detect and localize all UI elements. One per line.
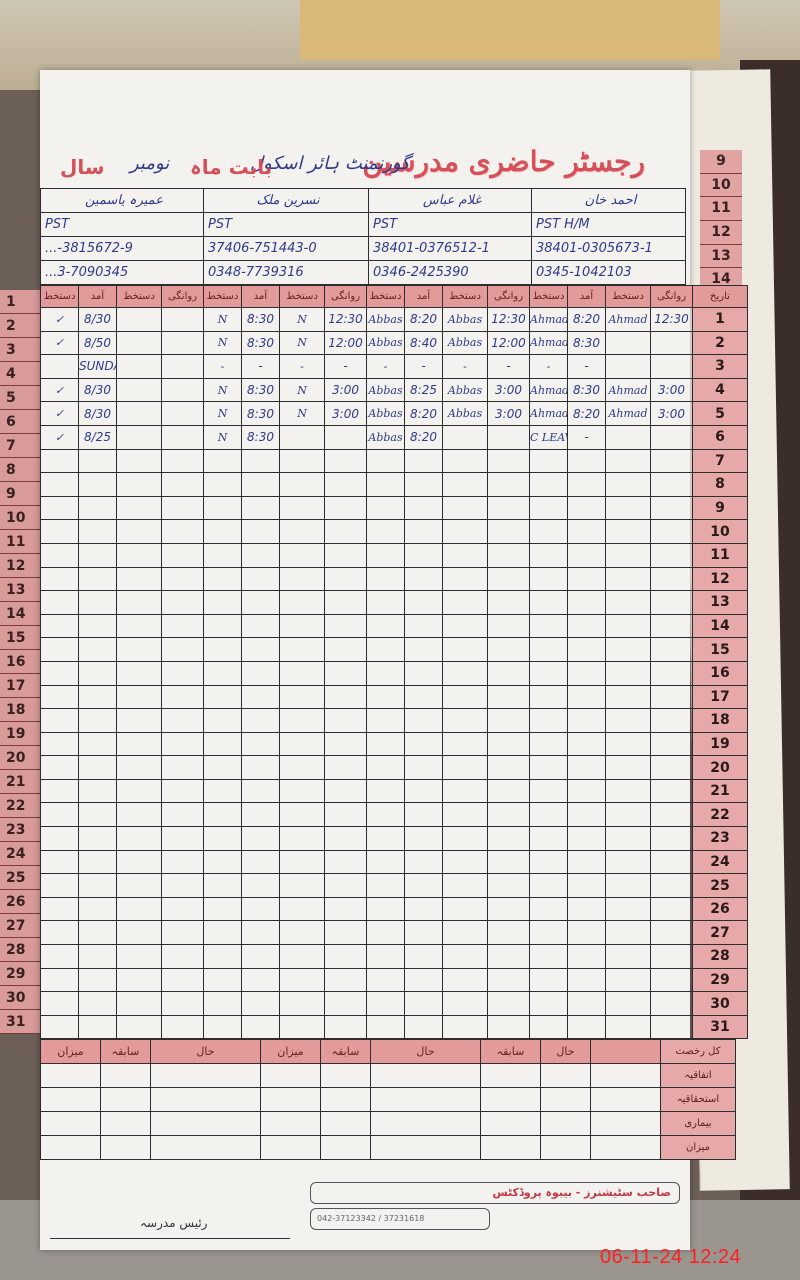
summary-cell[interactable]	[541, 1136, 591, 1160]
signature-cell[interactable]: N	[204, 378, 242, 402]
signature-cell[interactable]	[367, 591, 405, 615]
signature-cell[interactable]	[530, 449, 568, 473]
departure-time-cell[interactable]	[651, 945, 693, 969]
signature-cell[interactable]	[367, 520, 405, 544]
signature-cell[interactable]	[367, 968, 405, 992]
arrival-time-cell[interactable]	[79, 945, 117, 969]
departure-time-cell[interactable]	[162, 591, 204, 615]
signature-cell[interactable]: Ahmad	[530, 331, 568, 355]
signature-cell[interactable]	[41, 968, 79, 992]
signature-cell[interactable]	[117, 638, 162, 662]
arrival-time-cell[interactable]	[242, 591, 280, 615]
summary-cell[interactable]	[321, 1136, 371, 1160]
departure-time-cell[interactable]	[162, 543, 204, 567]
arrival-time-cell[interactable]: 8:40	[405, 331, 443, 355]
summary-cell[interactable]	[371, 1112, 481, 1136]
signature-cell[interactable]	[530, 591, 568, 615]
arrival-time-cell[interactable]	[79, 591, 117, 615]
arrival-time-cell[interactable]	[568, 756, 606, 780]
signature-cell[interactable]: ✓	[41, 425, 79, 449]
signature-cell[interactable]	[280, 543, 325, 567]
signature-cell[interactable]	[367, 897, 405, 921]
signature-cell[interactable]: Ahmad	[530, 402, 568, 426]
arrival-time-cell[interactable]	[242, 449, 280, 473]
signature-cell[interactable]: Abbas	[443, 402, 488, 426]
summary-cell[interactable]	[481, 1136, 541, 1160]
signature-cell[interactable]: C LEAVE	[530, 425, 568, 449]
signature-cell[interactable]	[606, 661, 651, 685]
signature-cell[interactable]	[443, 874, 488, 898]
signature-cell[interactable]	[204, 732, 242, 756]
departure-time-cell[interactable]	[651, 473, 693, 497]
departure-time-cell[interactable]	[162, 709, 204, 733]
signature-cell[interactable]	[606, 1015, 651, 1039]
arrival-time-cell[interactable]	[242, 496, 280, 520]
signature-cell[interactable]	[117, 308, 162, 332]
arrival-time-cell[interactable]	[79, 779, 117, 803]
signature-cell[interactable]	[606, 945, 651, 969]
departure-time-cell[interactable]	[325, 591, 367, 615]
signature-cell[interactable]	[443, 779, 488, 803]
signature-cell[interactable]	[367, 756, 405, 780]
departure-time-cell[interactable]	[325, 685, 367, 709]
departure-time-cell[interactable]	[325, 897, 367, 921]
departure-time-cell[interactable]	[488, 756, 530, 780]
summary-cell[interactable]	[151, 1112, 261, 1136]
summary-cell[interactable]	[151, 1136, 261, 1160]
signature-cell[interactable]	[204, 945, 242, 969]
departure-time-cell[interactable]	[162, 732, 204, 756]
arrival-time-cell[interactable]	[79, 850, 117, 874]
signature-cell[interactable]: Ahmad	[530, 378, 568, 402]
arrival-time-cell[interactable]	[568, 803, 606, 827]
arrival-time-cell[interactable]	[405, 756, 443, 780]
summary-cell[interactable]	[591, 1136, 661, 1160]
arrival-time-cell[interactable]	[568, 685, 606, 709]
signature-cell[interactable]	[280, 756, 325, 780]
signature-cell[interactable]: N	[204, 331, 242, 355]
departure-time-cell[interactable]: 3:00	[325, 378, 367, 402]
arrival-time-cell[interactable]	[242, 945, 280, 969]
arrival-time-cell[interactable]	[568, 779, 606, 803]
signature-cell[interactable]	[41, 850, 79, 874]
signature-cell[interactable]: Abbas	[443, 308, 488, 332]
departure-time-cell[interactable]	[325, 614, 367, 638]
signature-cell[interactable]	[280, 449, 325, 473]
signature-cell[interactable]	[367, 945, 405, 969]
summary-cell[interactable]	[591, 1112, 661, 1136]
signature-cell[interactable]	[530, 732, 568, 756]
signature-cell[interactable]	[606, 543, 651, 567]
signature-cell[interactable]	[117, 520, 162, 544]
signature-cell[interactable]	[280, 685, 325, 709]
signature-cell[interactable]	[606, 425, 651, 449]
signature-cell[interactable]	[41, 638, 79, 662]
summary-cell[interactable]	[151, 1064, 261, 1088]
departure-time-cell[interactable]	[488, 874, 530, 898]
departure-time-cell[interactable]	[162, 968, 204, 992]
signature-cell[interactable]	[41, 732, 79, 756]
arrival-time-cell[interactable]	[79, 874, 117, 898]
departure-time-cell[interactable]: 3:00	[651, 402, 693, 426]
signature-cell[interactable]	[41, 449, 79, 473]
departure-time-cell[interactable]	[651, 827, 693, 851]
summary-cell[interactable]	[541, 1064, 591, 1088]
signature-cell[interactable]	[606, 779, 651, 803]
departure-time-cell[interactable]	[651, 850, 693, 874]
signature-cell[interactable]	[443, 827, 488, 851]
departure-time-cell[interactable]	[325, 425, 367, 449]
departure-time-cell[interactable]: 3:00	[488, 402, 530, 426]
departure-time-cell[interactable]	[162, 402, 204, 426]
signature-cell[interactable]	[443, 945, 488, 969]
arrival-time-cell[interactable]	[242, 614, 280, 638]
signature-cell[interactable]	[443, 638, 488, 662]
signature-cell[interactable]	[280, 897, 325, 921]
arrival-time-cell[interactable]	[242, 756, 280, 780]
arrival-time-cell[interactable]	[405, 496, 443, 520]
arrival-time-cell[interactable]	[242, 543, 280, 567]
signature-cell[interactable]	[606, 756, 651, 780]
departure-time-cell[interactable]	[488, 779, 530, 803]
arrival-time-cell[interactable]	[79, 803, 117, 827]
signature-cell[interactable]	[204, 709, 242, 733]
signature-cell[interactable]	[443, 1015, 488, 1039]
departure-time-cell[interactable]	[651, 709, 693, 733]
departure-time-cell[interactable]	[488, 945, 530, 969]
signature-cell[interactable]	[280, 1015, 325, 1039]
arrival-time-cell[interactable]	[79, 968, 117, 992]
signature-cell[interactable]: Ahmad	[606, 308, 651, 332]
arrival-time-cell[interactable]: 8/25	[79, 425, 117, 449]
signature-cell[interactable]	[41, 803, 79, 827]
departure-time-cell[interactable]	[488, 709, 530, 733]
arrival-time-cell[interactable]	[79, 921, 117, 945]
arrival-time-cell[interactable]	[568, 614, 606, 638]
summary-cell[interactable]	[591, 1064, 661, 1088]
summary-cell[interactable]	[481, 1088, 541, 1112]
summary-cell[interactable]	[41, 1112, 101, 1136]
summary-cell[interactable]	[261, 1112, 321, 1136]
signature-cell[interactable]	[606, 992, 651, 1016]
arrival-time-cell[interactable]	[568, 567, 606, 591]
signature-cell[interactable]	[280, 709, 325, 733]
signature-cell[interactable]	[117, 661, 162, 685]
signature-cell[interactable]	[280, 945, 325, 969]
signature-cell[interactable]	[204, 897, 242, 921]
departure-time-cell[interactable]	[162, 921, 204, 945]
departure-time-cell[interactable]	[488, 992, 530, 1016]
summary-cell[interactable]	[261, 1136, 321, 1160]
departure-time-cell[interactable]	[162, 331, 204, 355]
signature-cell[interactable]	[117, 827, 162, 851]
signature-cell[interactable]	[606, 827, 651, 851]
arrival-time-cell[interactable]	[568, 520, 606, 544]
arrival-time-cell[interactable]: 8:30	[568, 378, 606, 402]
arrival-time-cell[interactable]	[405, 685, 443, 709]
departure-time-cell[interactable]	[325, 874, 367, 898]
signature-cell[interactable]	[117, 473, 162, 497]
signature-cell[interactable]: Abbas	[443, 331, 488, 355]
summary-cell[interactable]	[321, 1088, 371, 1112]
departure-time-cell[interactable]	[325, 827, 367, 851]
signature-cell[interactable]	[606, 449, 651, 473]
signature-cell[interactable]	[204, 827, 242, 851]
departure-time-cell[interactable]	[162, 308, 204, 332]
signature-cell[interactable]	[530, 992, 568, 1016]
arrival-time-cell[interactable]: -	[405, 355, 443, 379]
signature-cell[interactable]	[280, 992, 325, 1016]
arrival-time-cell[interactable]: -	[568, 425, 606, 449]
signature-cell[interactable]	[530, 827, 568, 851]
arrival-time-cell[interactable]	[568, 968, 606, 992]
departure-time-cell[interactable]	[488, 638, 530, 662]
signature-cell[interactable]	[443, 567, 488, 591]
arrival-time-cell[interactable]	[405, 850, 443, 874]
signature-cell[interactable]	[367, 661, 405, 685]
signature-cell[interactable]	[443, 614, 488, 638]
signature-cell[interactable]: ✓	[41, 308, 79, 332]
signature-cell[interactable]	[117, 1015, 162, 1039]
departure-time-cell[interactable]	[651, 779, 693, 803]
signature-cell[interactable]	[443, 732, 488, 756]
departure-time-cell[interactable]	[162, 567, 204, 591]
signature-cell[interactable]	[367, 992, 405, 1016]
departure-time-cell[interactable]	[162, 378, 204, 402]
summary-cell[interactable]	[101, 1136, 151, 1160]
signature-cell[interactable]	[606, 638, 651, 662]
arrival-time-cell[interactable]	[242, 685, 280, 709]
arrival-time-cell[interactable]	[242, 732, 280, 756]
departure-time-cell[interactable]	[162, 945, 204, 969]
signature-cell[interactable]: ✓	[41, 378, 79, 402]
departure-time-cell[interactable]	[325, 803, 367, 827]
signature-cell[interactable]	[367, 921, 405, 945]
signature-cell[interactable]	[204, 591, 242, 615]
signature-cell[interactable]	[117, 709, 162, 733]
signature-cell[interactable]	[204, 661, 242, 685]
signature-cell[interactable]	[280, 496, 325, 520]
departure-time-cell[interactable]	[325, 496, 367, 520]
signature-cell[interactable]	[117, 732, 162, 756]
signature-cell[interactable]: ✓	[41, 402, 79, 426]
signature-cell[interactable]	[367, 709, 405, 733]
departure-time-cell[interactable]: -	[488, 355, 530, 379]
arrival-time-cell[interactable]: 8:20	[405, 402, 443, 426]
signature-cell[interactable]	[280, 591, 325, 615]
arrival-time-cell[interactable]	[79, 685, 117, 709]
departure-time-cell[interactable]	[325, 520, 367, 544]
arrival-time-cell[interactable]	[568, 1015, 606, 1039]
arrival-time-cell[interactable]	[242, 638, 280, 662]
signature-cell[interactable]	[280, 425, 325, 449]
arrival-time-cell[interactable]	[79, 992, 117, 1016]
signature-cell[interactable]	[606, 709, 651, 733]
signature-cell[interactable]	[606, 803, 651, 827]
departure-time-cell[interactable]	[162, 827, 204, 851]
summary-cell[interactable]	[541, 1088, 591, 1112]
arrival-time-cell[interactable]	[568, 945, 606, 969]
signature-cell[interactable]: Abbas	[367, 378, 405, 402]
signature-cell[interactable]	[41, 543, 79, 567]
departure-time-cell[interactable]	[162, 614, 204, 638]
signature-cell[interactable]	[41, 496, 79, 520]
departure-time-cell[interactable]	[651, 874, 693, 898]
departure-time-cell[interactable]	[162, 449, 204, 473]
departure-time-cell[interactable]	[488, 803, 530, 827]
signature-cell[interactable]	[41, 567, 79, 591]
signature-cell[interactable]	[117, 331, 162, 355]
departure-time-cell[interactable]	[651, 331, 693, 355]
signature-cell[interactable]	[367, 803, 405, 827]
arrival-time-cell[interactable]: 8:25	[405, 378, 443, 402]
departure-time-cell[interactable]	[488, 685, 530, 709]
departure-time-cell[interactable]	[651, 614, 693, 638]
signature-cell[interactable]: N	[280, 331, 325, 355]
signature-cell[interactable]	[41, 1015, 79, 1039]
signature-cell[interactable]	[280, 921, 325, 945]
departure-time-cell[interactable]	[651, 591, 693, 615]
departure-time-cell[interactable]	[488, 473, 530, 497]
departure-time-cell[interactable]	[162, 803, 204, 827]
arrival-time-cell[interactable]	[568, 638, 606, 662]
signature-cell[interactable]: -	[280, 355, 325, 379]
departure-time-cell[interactable]	[651, 897, 693, 921]
signature-cell[interactable]	[530, 1015, 568, 1039]
departure-time-cell[interactable]	[651, 496, 693, 520]
departure-time-cell[interactable]	[162, 638, 204, 662]
signature-cell[interactable]	[443, 496, 488, 520]
arrival-time-cell[interactable]	[242, 827, 280, 851]
arrival-time-cell[interactable]	[79, 732, 117, 756]
signature-cell[interactable]	[443, 449, 488, 473]
signature-cell[interactable]	[606, 897, 651, 921]
signature-cell[interactable]	[367, 496, 405, 520]
signature-cell[interactable]	[530, 661, 568, 685]
departure-time-cell[interactable]	[651, 992, 693, 1016]
arrival-time-cell[interactable]	[405, 921, 443, 945]
departure-time-cell[interactable]	[162, 779, 204, 803]
arrival-time-cell[interactable]	[568, 543, 606, 567]
departure-time-cell[interactable]	[488, 897, 530, 921]
arrival-time-cell[interactable]	[79, 496, 117, 520]
signature-cell[interactable]: -	[530, 355, 568, 379]
signature-cell[interactable]	[117, 756, 162, 780]
signature-cell[interactable]: -	[367, 355, 405, 379]
arrival-time-cell[interactable]	[242, 520, 280, 544]
departure-time-cell[interactable]	[651, 921, 693, 945]
signature-cell[interactable]	[443, 992, 488, 1016]
arrival-time-cell[interactable]	[242, 779, 280, 803]
departure-time-cell[interactable]	[162, 685, 204, 709]
signature-cell[interactable]	[204, 756, 242, 780]
signature-cell[interactable]	[367, 779, 405, 803]
arrival-time-cell[interactable]	[405, 732, 443, 756]
departure-time-cell[interactable]	[488, 591, 530, 615]
departure-time-cell[interactable]: 3:00	[488, 378, 530, 402]
signature-cell[interactable]	[530, 638, 568, 662]
signature-cell[interactable]	[443, 968, 488, 992]
departure-time-cell[interactable]: 3:00	[651, 378, 693, 402]
signature-cell[interactable]	[530, 897, 568, 921]
arrival-time-cell[interactable]: 8:30	[242, 425, 280, 449]
signature-cell[interactable]: N	[280, 378, 325, 402]
departure-time-cell[interactable]	[325, 992, 367, 1016]
signature-cell[interactable]	[367, 473, 405, 497]
signature-cell[interactable]	[530, 874, 568, 898]
signature-cell[interactable]	[117, 614, 162, 638]
departure-time-cell[interactable]	[488, 567, 530, 591]
signature-cell[interactable]	[280, 850, 325, 874]
summary-cell[interactable]	[541, 1112, 591, 1136]
signature-cell[interactable]	[41, 520, 79, 544]
departure-time-cell[interactable]	[488, 614, 530, 638]
departure-time-cell[interactable]	[488, 968, 530, 992]
arrival-time-cell[interactable]: 8/30	[79, 308, 117, 332]
signature-cell[interactable]	[280, 779, 325, 803]
departure-time-cell[interactable]	[325, 567, 367, 591]
arrival-time-cell[interactable]	[405, 709, 443, 733]
arrival-time-cell[interactable]: 8/30	[79, 378, 117, 402]
signature-cell[interactable]	[280, 874, 325, 898]
signature-cell[interactable]	[606, 614, 651, 638]
signature-cell[interactable]	[204, 496, 242, 520]
signature-cell[interactable]	[606, 968, 651, 992]
arrival-time-cell[interactable]	[568, 591, 606, 615]
signature-cell[interactable]	[117, 992, 162, 1016]
departure-time-cell[interactable]	[325, 921, 367, 945]
signature-cell[interactable]: ✓	[41, 331, 79, 355]
signature-cell[interactable]	[443, 591, 488, 615]
signature-cell[interactable]	[41, 709, 79, 733]
departure-time-cell[interactable]: 12:30	[325, 308, 367, 332]
departure-time-cell[interactable]	[651, 803, 693, 827]
signature-cell[interactable]	[606, 355, 651, 379]
signature-cell[interactable]	[530, 520, 568, 544]
arrival-time-cell[interactable]: 8/50	[79, 331, 117, 355]
departure-time-cell[interactable]	[488, 543, 530, 567]
signature-cell[interactable]: N	[204, 402, 242, 426]
signature-cell[interactable]	[443, 685, 488, 709]
arrival-time-cell[interactable]	[405, 591, 443, 615]
departure-time-cell[interactable]	[325, 661, 367, 685]
signature-cell[interactable]	[204, 779, 242, 803]
arrival-time-cell[interactable]	[242, 992, 280, 1016]
signature-cell[interactable]: N	[204, 308, 242, 332]
departure-time-cell[interactable]: 12:00	[488, 331, 530, 355]
signature-cell[interactable]	[606, 567, 651, 591]
summary-cell[interactable]	[41, 1136, 101, 1160]
departure-time-cell[interactable]	[325, 968, 367, 992]
departure-time-cell[interactable]	[162, 425, 204, 449]
departure-time-cell[interactable]	[488, 496, 530, 520]
signature-cell[interactable]: Abbas	[443, 378, 488, 402]
summary-cell[interactable]	[101, 1064, 151, 1088]
signature-cell[interactable]	[117, 355, 162, 379]
signature-cell[interactable]	[204, 685, 242, 709]
signature-cell[interactable]	[443, 803, 488, 827]
signature-cell[interactable]	[530, 803, 568, 827]
departure-time-cell[interactable]	[651, 756, 693, 780]
summary-cell[interactable]	[321, 1112, 371, 1136]
summary-cell[interactable]	[261, 1064, 321, 1088]
signature-cell[interactable]	[443, 520, 488, 544]
signature-cell[interactable]	[367, 567, 405, 591]
arrival-time-cell[interactable]	[242, 897, 280, 921]
signature-cell[interactable]	[204, 449, 242, 473]
arrival-time-cell[interactable]	[242, 803, 280, 827]
signature-cell[interactable]	[280, 661, 325, 685]
